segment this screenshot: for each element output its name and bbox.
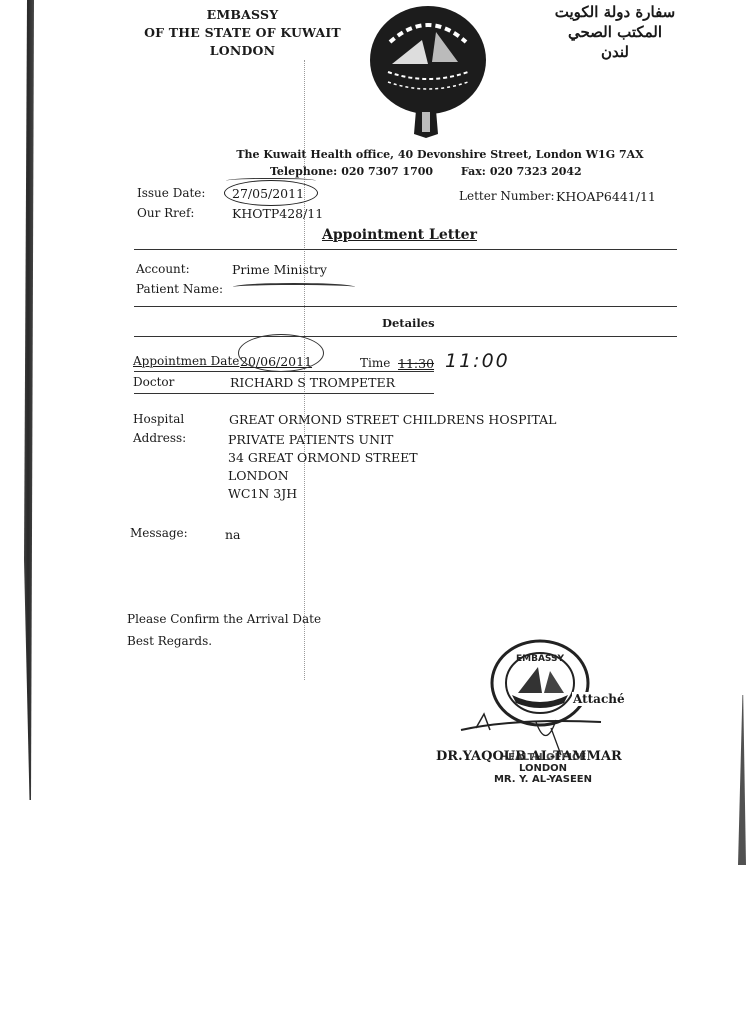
details-heading: Detailes xyxy=(382,316,435,330)
patient-name-label: Patient Name: xyxy=(136,282,223,296)
address-line-4: WC1N 3JH xyxy=(228,485,418,503)
letterhead-arabic: سفارة دولة الكويت المكتب الصحي لندن xyxy=(520,2,710,62)
letter-number-value: KHOAP6441/11 xyxy=(556,189,656,204)
time-label: Time xyxy=(360,356,390,370)
kuwait-emblem-icon xyxy=(362,2,494,140)
hospital-address: PRIVATE PATIENTS UNIT 34 GREAT ORMOND ST… xyxy=(228,431,418,503)
account-label: Account: xyxy=(136,262,190,276)
our-ref-label: Our Rref: xyxy=(137,206,194,220)
letter-title: Appointment Letter xyxy=(322,227,477,243)
letterhead-arabic-line-1: سفارة دولة الكويت xyxy=(520,2,710,22)
stamp-line-name: MR. Y. AL-YASEEN xyxy=(488,774,598,785)
letterhead-line-state: OF THE STATE OF KUWAIT xyxy=(140,24,345,42)
letterhead-arabic-line-3: لندن xyxy=(520,42,710,62)
our-ref-value: KHOTP428/11 xyxy=(232,206,323,221)
time-handwritten: 11:00 xyxy=(445,350,510,372)
patient-name-redaction xyxy=(233,283,355,291)
hospital-value: GREAT ORMOND STREET CHILDRENS HOSPITAL xyxy=(229,412,556,427)
fax-label: Fax: xyxy=(461,165,486,178)
divider xyxy=(134,371,434,372)
telephone-value: 020 7307 1700 xyxy=(341,165,433,178)
telephone-label: Telephone: xyxy=(270,165,337,178)
address-line-1: PRIVATE PATIENTS UNIT xyxy=(228,431,418,449)
message-label: Message: xyxy=(130,526,188,540)
appointment-date-label: Appointmen Date xyxy=(133,354,239,368)
time-printed-crossed: 11:30 xyxy=(398,356,434,371)
letterhead-line-city: LONDON xyxy=(140,42,345,60)
account-value: Prime Ministry xyxy=(232,262,327,277)
address-line-2: 34 GREAT ORMOND STREET xyxy=(228,449,418,467)
scan-edge-shadow-left xyxy=(24,0,34,800)
stamp-text: HEALTH OFFICE LONDON MR. Y. AL-YASEEN xyxy=(488,752,598,785)
issue-date-label: Issue Date: xyxy=(137,186,205,200)
divider xyxy=(134,393,434,394)
address-line-3: LONDON xyxy=(228,467,418,485)
letterhead-arabic-line-2: المكتب الصحي xyxy=(520,22,710,42)
divider xyxy=(134,336,677,337)
scan-edge-shadow-right xyxy=(738,695,746,865)
telephone: Telephone:020 7307 1700 xyxy=(270,165,433,178)
office-contact: Telephone:020 7307 1700 Fax:020 7323 204… xyxy=(270,165,606,178)
svg-text:EMBASSY: EMBASSY xyxy=(516,654,564,664)
address-label: Address: xyxy=(133,431,186,445)
closing-regards: Best Regards. xyxy=(127,634,212,648)
divider xyxy=(134,306,677,307)
fax-value: 020 7323 2042 xyxy=(490,165,582,178)
doctor-value: RICHARD S TROMPETER xyxy=(230,375,395,390)
stamp-line-office: HEALTH OFFICE xyxy=(488,752,598,763)
stamp-line-city: LONDON xyxy=(488,763,598,774)
fax: Fax:020 7323 2042 xyxy=(461,165,582,178)
office-address: The Kuwait Health office, 40 Devonshire … xyxy=(230,148,650,161)
handwritten-circle-issue-date xyxy=(224,180,318,206)
handwritten-circle-appointment-date xyxy=(238,334,324,372)
doctor-label: Doctor xyxy=(133,375,174,389)
letter-number-label: Letter Number: xyxy=(459,189,555,203)
divider xyxy=(134,249,677,250)
closing-request: Please Confirm the Arrival Date xyxy=(127,612,321,626)
hospital-label: Hospital xyxy=(133,412,184,426)
message-value: na xyxy=(225,527,241,542)
letterhead-line-embassy: EMBASSY xyxy=(140,6,345,24)
letterhead-english: EMBASSY OF THE STATE OF KUWAIT LONDON xyxy=(140,6,345,60)
